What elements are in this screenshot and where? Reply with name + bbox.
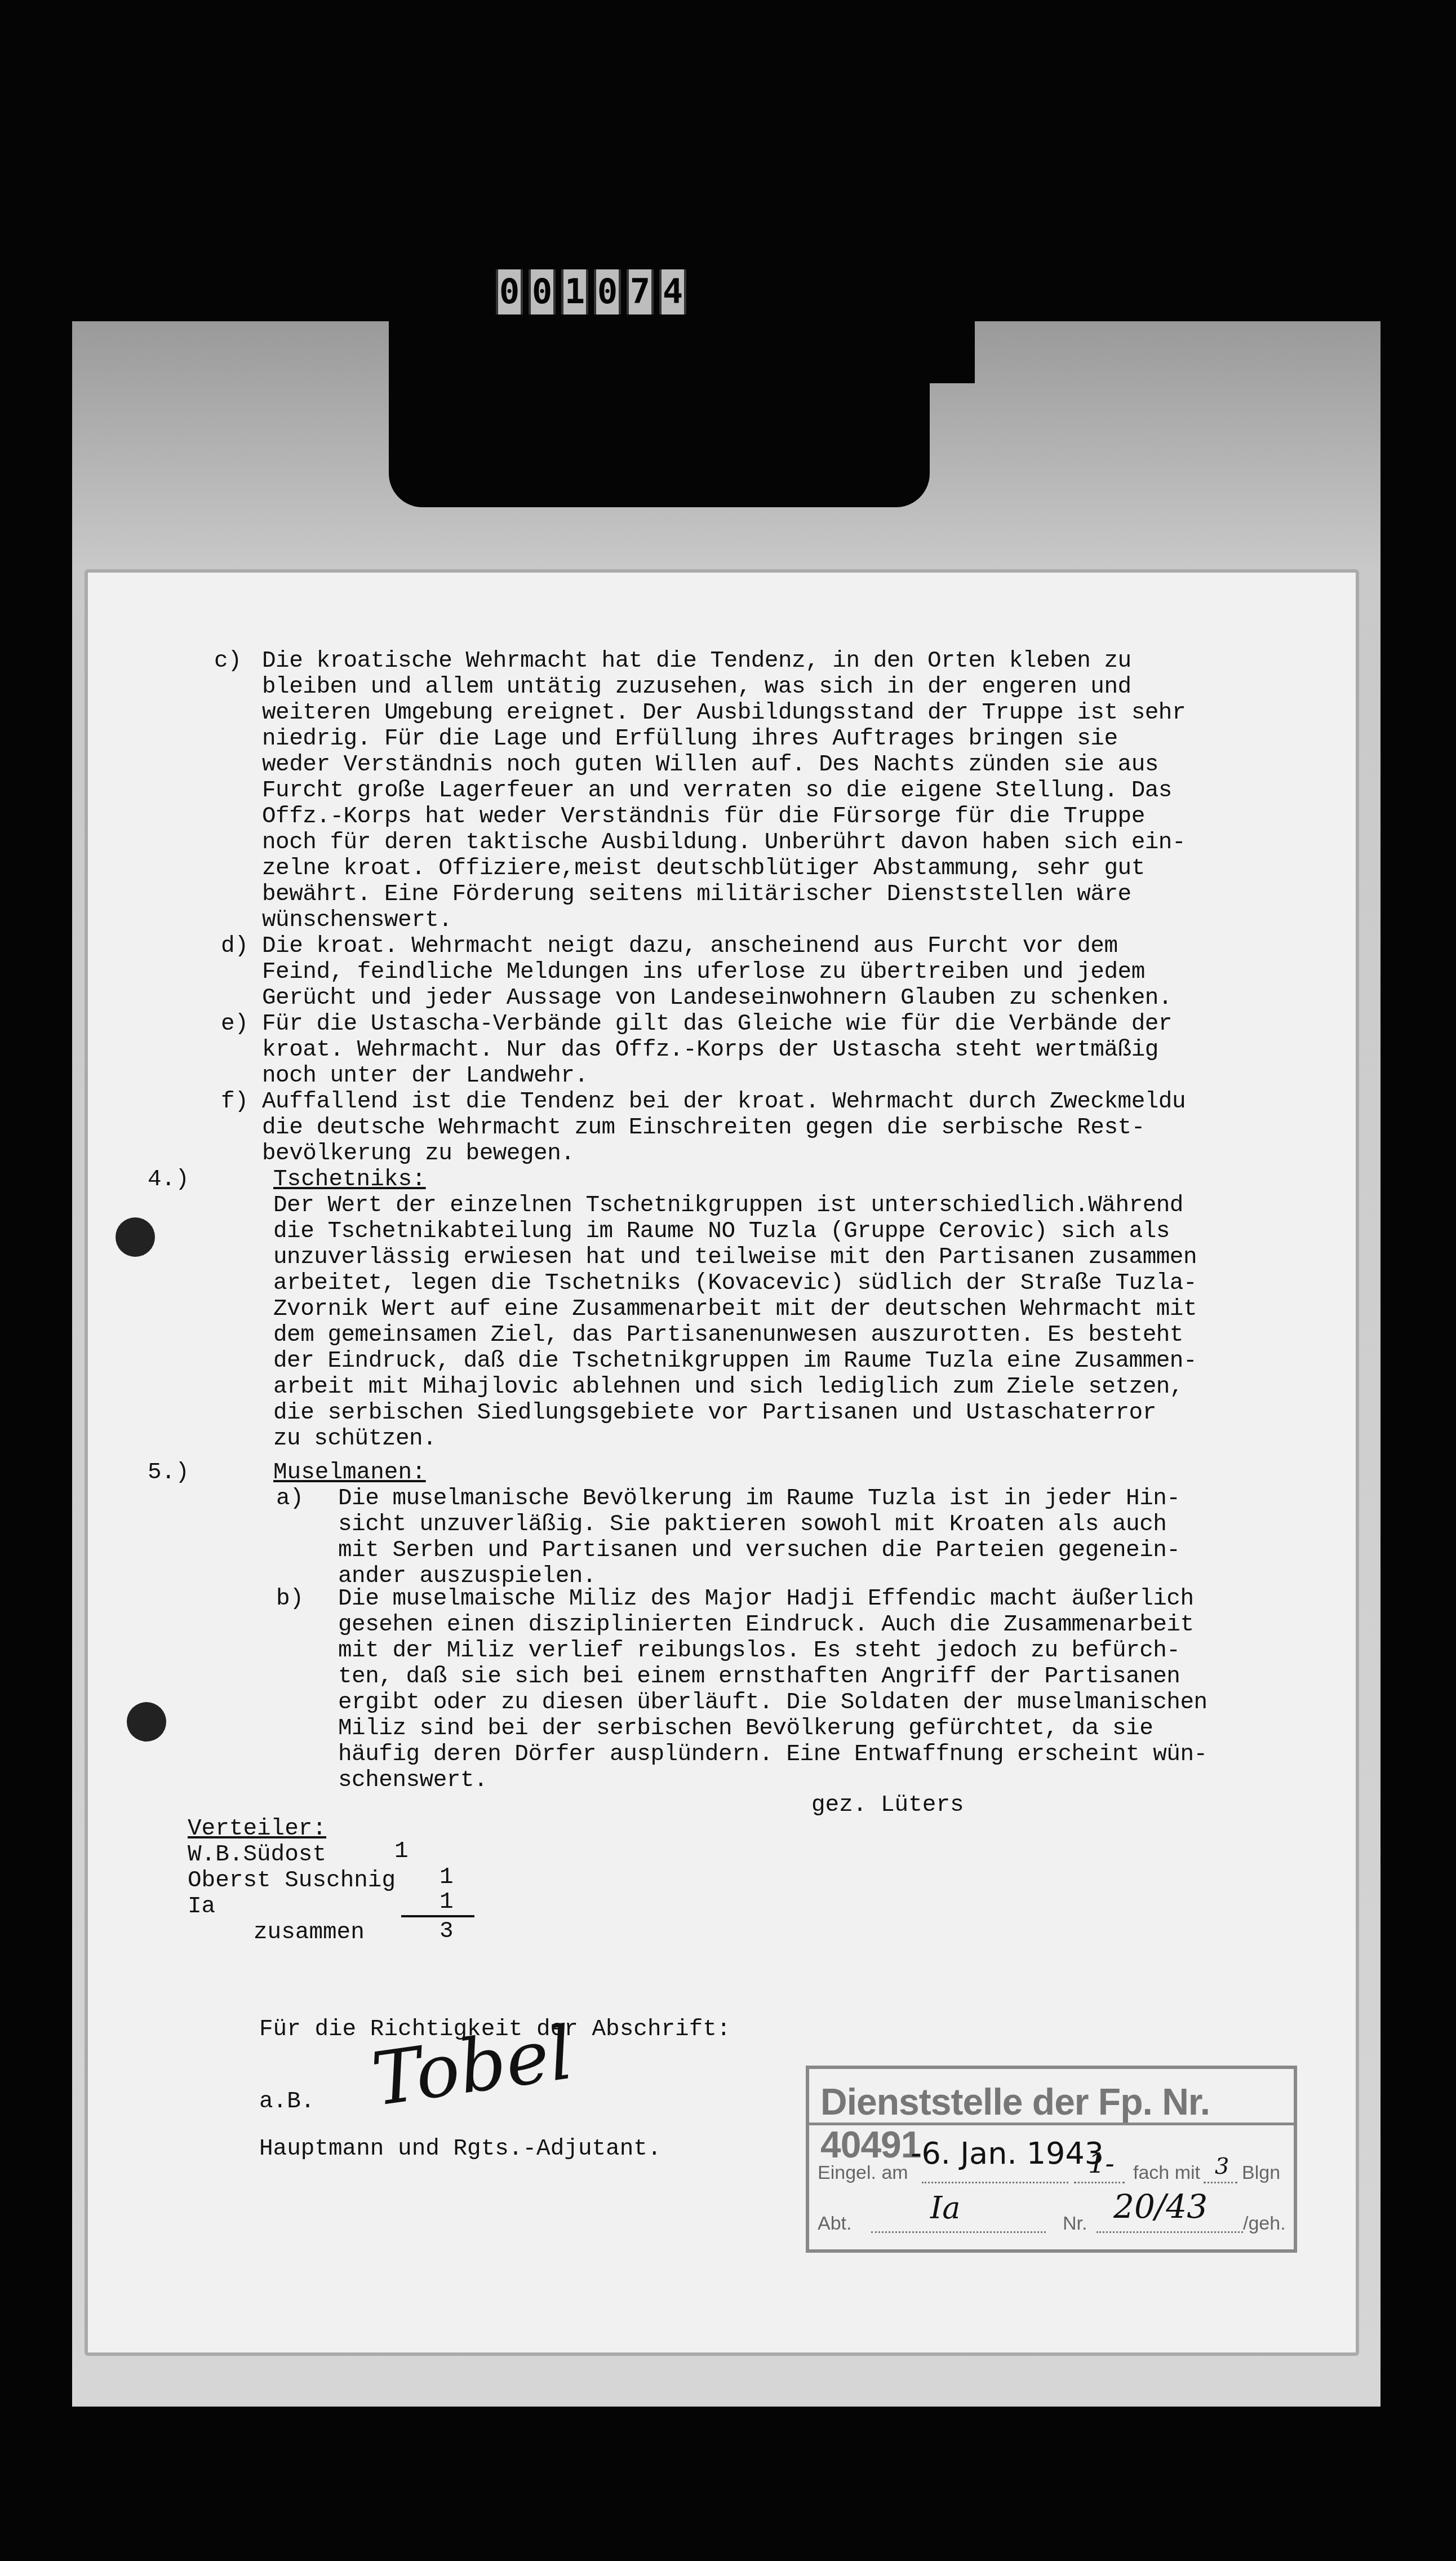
item-label-5a: a) — [276, 1486, 304, 1512]
text-line: arbeitet, legen die Tschetniks (Kovacevi… — [273, 1270, 1197, 1296]
distribution-heading: Verteiler: — [188, 1816, 326, 1842]
distribution-count: 1 — [440, 1889, 454, 1915]
counter-digit: 0 — [529, 269, 556, 314]
carrier-notch-slot — [924, 321, 975, 383]
sum-rule — [401, 1915, 474, 1917]
distribution-name: W.B.Südost — [188, 1842, 326, 1868]
stamp-copies-value: 1- — [1088, 2148, 1115, 2179]
text-line: bleiben und allem untätig zuzusehen, was… — [262, 674, 1131, 700]
counter-digit: 0 — [496, 269, 523, 314]
carrier-notch — [389, 321, 930, 507]
distribution-name: Oberst Suschnig — [188, 1868, 396, 1894]
text-line: niedrig. Für die Lage und Erfüllung ihre… — [262, 726, 1118, 752]
counter-digit: 7 — [627, 269, 654, 314]
text-line: mit der Miliz verlief reibungslos. Es st… — [338, 1638, 1180, 1664]
item-label-f: f) — [221, 1089, 248, 1115]
text-line: Furcht große Lagerfeuer an und verraten … — [262, 778, 1172, 804]
text-line: häufig deren Dörfer ausplündern. Eine En… — [338, 1742, 1208, 1767]
text-line: bewährt. Eine Förderung seitens militäri… — [262, 881, 1131, 907]
counter-digit: 4 — [659, 269, 686, 314]
stamp-dept-label: Abt. — [818, 2213, 851, 2235]
stamp-dotted-line — [1097, 2231, 1243, 2233]
item-label-5b: b) — [276, 1586, 304, 1612]
stamp-attachments-value: 3 — [1215, 2154, 1229, 2179]
text-line: noch unter der Landwehr. — [262, 1063, 588, 1089]
text-line: ten, daß sie sich bei einem ernsthaften … — [338, 1664, 1180, 1690]
stamp-attachments-label: Blgn — [1242, 2162, 1280, 2184]
text-line: kroat. Wehrmacht. Nur das Offz.-Korps de… — [262, 1037, 1158, 1063]
text-line: schenswert. — [338, 1767, 487, 1793]
text-line: Feind, feindliche Meldungen ins uferlose… — [262, 959, 1145, 985]
text-line: wünschenswert. — [262, 907, 452, 933]
stamp-received-date: -6. Jan. 1943 — [911, 2135, 1104, 2171]
text-line: ergibt oder zu diesen überläuft. Die Sol… — [338, 1690, 1208, 1716]
section-heading-tschetniks: Tschetniks: — [273, 1167, 426, 1193]
certification-ab: a.B. — [259, 2089, 314, 2115]
stamp-dotted-line — [1074, 2182, 1125, 2183]
text-line: zelne kroat. Offiziere,meist deutschblüt… — [262, 856, 1145, 881]
certification-rank: Hauptmann und Rgts.-Adjutant. — [259, 2136, 662, 2162]
text-line: Offz.-Korps hat weder Verständnis für di… — [262, 804, 1145, 830]
text-line: die deutsche Wehrmacht zum Einschreiten … — [262, 1115, 1145, 1141]
distribution-total-label: zusammen — [254, 1920, 365, 1946]
stamp-dotted-line — [871, 2231, 1046, 2233]
stamp-dotted-line — [1204, 2182, 1237, 2183]
text-line: dem gemeinsamen Ziel, das Partisanenunwe… — [273, 1322, 1183, 1348]
text-line: die serbischen Siedlungsgebiete vor Part… — [273, 1400, 1156, 1426]
text-line: die Tschetnikabteilung im Raume NO Tuzla… — [273, 1219, 1170, 1244]
punch-hole-icon — [116, 1217, 155, 1257]
text-line: Die kroatische Wehrmacht hat die Tendenz… — [262, 648, 1131, 674]
text-line: Der Wert der einzelnen Tschetnikgruppen … — [273, 1193, 1183, 1219]
text-line: Die kroat. Wehrmacht neigt dazu, anschei… — [262, 933, 1118, 959]
stamp-suffix: /geh. — [1243, 2213, 1286, 2235]
stamp-received-label: Eingel. am — [818, 2162, 908, 2184]
item-label-e: e) — [221, 1011, 248, 1037]
text-line: unzuverlässig erwiesen hat und teilweise… — [273, 1244, 1197, 1270]
counter-digit: 0 — [594, 269, 621, 314]
text-line: Gerücht und jeder Aussage von Landeseinw… — [262, 985, 1172, 1011]
stamp-dept-value: Ia — [930, 2190, 961, 2226]
section-number-4: 4.) — [148, 1167, 189, 1193]
distribution-count: 1 — [440, 1864, 454, 1890]
stamp-copies-label: fach mit — [1133, 2162, 1200, 2184]
item-label-d: d) — [221, 933, 248, 959]
text-line: weder Verständnis noch guten Willen auf.… — [262, 752, 1158, 778]
receipt-stamp: Dienststelle der Fp. Nr. 40491 Eingel. a… — [806, 2066, 1297, 2253]
text-line: Miliz sind bei der serbischen Bevölkerun… — [338, 1716, 1153, 1742]
signed-by: gez. Lüters — [811, 1792, 964, 1818]
frame-counter: 001074 — [496, 269, 686, 314]
text-line: Für die Ustascha-Verbände gilt das Gleic… — [262, 1011, 1172, 1037]
text-line: sicht unzuverläßig. Sie paktieren sowohl… — [338, 1512, 1166, 1538]
text-line: mit Serben und Partisanen und versuchen … — [338, 1538, 1180, 1563]
text-line: Zvornik Wert auf eine Zusammenarbeit mit… — [273, 1296, 1197, 1322]
text-line: noch für deren taktische Ausbildung. Unb… — [262, 830, 1186, 856]
text-line: zu schützen. — [273, 1426, 436, 1452]
item-label-c: c) — [214, 648, 242, 674]
text-line: gesehen einen disziplinierten Eindruck. … — [338, 1612, 1194, 1638]
text-line: weiteren Umgebung ereignet. Der Ausbildu… — [262, 700, 1186, 726]
distribution-name: Ia — [188, 1894, 215, 1920]
punch-hole-icon — [127, 1702, 166, 1742]
counter-digit: 1 — [561, 269, 588, 314]
text-line: Die muselmanische Bevölkerung im Raume T… — [338, 1486, 1180, 1512]
distribution-count: 1 — [394, 1838, 409, 1864]
stamp-number-label: Nr. — [1063, 2213, 1087, 2235]
text-line: der Eindruck, daß die Tschetnikgruppen i… — [273, 1348, 1197, 1374]
stamp-dotted-line — [922, 2182, 1068, 2183]
text-line: arbeit mit Mihajlovic ablehnen und sich … — [273, 1374, 1183, 1400]
stamp-rule — [809, 2123, 1294, 2125]
section-heading-muselmanen: Muselmanen: — [273, 1460, 426, 1486]
text-line: Auffallend ist die Tendenz bei der kroat… — [262, 1089, 1186, 1115]
section-number-5: 5.) — [148, 1460, 189, 1486]
stamp-number-value: 20/43 — [1113, 2187, 1208, 2226]
text-line: bevölkerung zu bewegen. — [262, 1141, 574, 1167]
distribution-total: 3 — [440, 1918, 454, 1944]
text-line: Die muselmaische Miliz des Major Hadji E… — [338, 1586, 1194, 1612]
